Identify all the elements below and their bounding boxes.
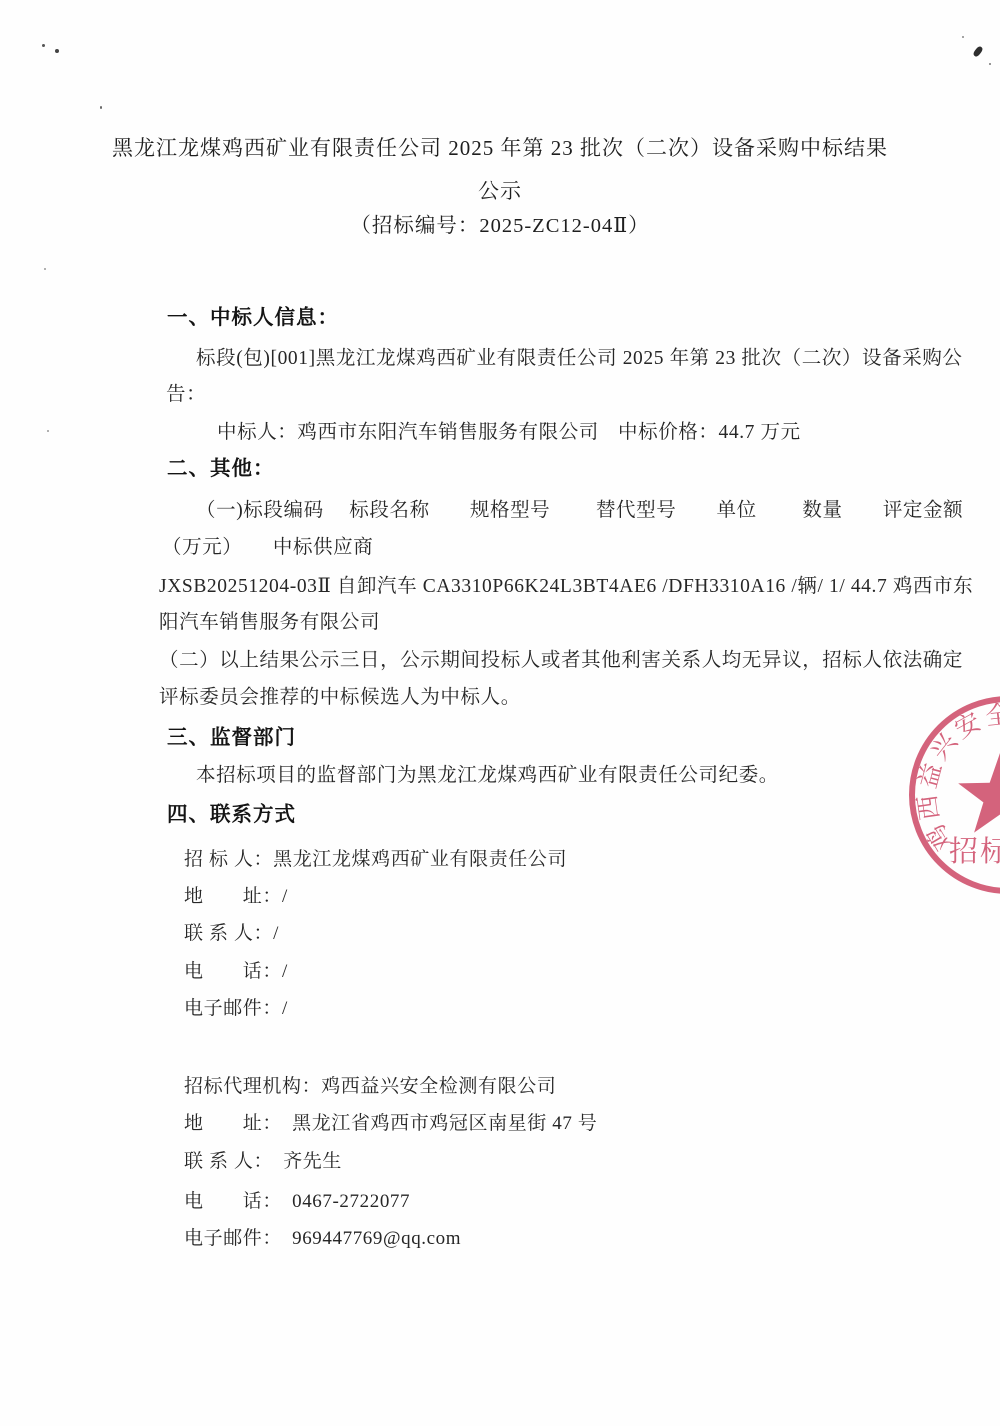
agency-email-line: 电子邮件： 969447769@qq.com: [184, 1227, 461, 1251]
table-header-line-1: （一)标段编码 标段名称 规格型号 替代型号 单位 数量 评定金额: [196, 499, 963, 523]
scan-speckle: [962, 36, 964, 38]
agency-phone-line: 电 话： 0467-2722077: [184, 1190, 410, 1214]
section-2-heading: 二、其他：: [167, 456, 275, 482]
tenderer-email-line: 电子邮件：/: [184, 997, 288, 1021]
tenderer-name-line: 招 标 人：黑龙江龙煤鸡西矿业有限责任公司: [184, 848, 567, 872]
tenderer-contact-line: 联 系 人：/: [184, 922, 279, 946]
scan-speckle: [972, 45, 984, 57]
red-seal-stamp: 鸡西益兴安全检测有限公司 招标专用章: [878, 645, 1000, 965]
doc-title-line-2: 公示: [0, 178, 1000, 204]
agency-contact-line: 联 系 人： 齐先生: [184, 1150, 342, 1174]
document-page: 黑龙江龙煤鸡西矿业有限责任公司 2025 年第 23 批次（二次）设备采购中标结…: [0, 0, 1000, 1426]
section-3-body: 本招标项目的监督部门为黑龙江龙煤鸡西矿业有限责任公司纪委。: [196, 764, 779, 788]
tenderer-address-line: 地 址：/: [184, 885, 288, 909]
section-4-heading: 四、联系方式: [167, 802, 296, 828]
section-1-paragraph-line-2: 告：: [166, 383, 206, 407]
scan-speckle: [44, 268, 46, 270]
seal-bottom-text: 招标专用章: [949, 835, 1000, 868]
winner-name: 中标人：鸡西市东阳汽车销售服务有限公司: [217, 421, 599, 445]
scan-speckle: [47, 430, 49, 432]
agency-name-line: 招标代理机构：鸡西益兴安全检测有限公司: [184, 1075, 556, 1099]
note-line-1: （二）以上结果公示三日，公示期间投标人或者其他利害关系人均无异议，招标人依法确定: [159, 649, 963, 673]
agency-address-line: 地 址： 黑龙江省鸡西市鸡冠区南星街 47 号: [184, 1112, 597, 1136]
scan-speckle: [42, 44, 45, 47]
table-row-line-1: JXSB20251204-03Ⅱ 自卸汽车 CA3310P66K24L3BT4A…: [159, 575, 973, 599]
table-row-line-2: 阳汽车销售服务有限公司: [159, 611, 380, 635]
note-line-2: 评标委员会推荐的中标候选人为中标人。: [159, 686, 521, 710]
tenderer-phone-line: 电 话：/: [184, 960, 288, 984]
section-1-heading: 一、中标人信息：: [167, 305, 339, 331]
table-header-line-2: （万元） 中标供应商: [162, 536, 373, 560]
scan-speckle: [100, 106, 102, 109]
section-3-heading: 三、监督部门: [167, 725, 296, 751]
winning-price: 中标价格：44.7 万元: [618, 421, 801, 445]
tender-number: （招标编号：2025-ZC12-04Ⅱ）: [0, 214, 1000, 240]
section-1-paragraph-line-1: 标段(包)[001]黑龙江龙煤鸡西矿业有限责任公司 2025 年第 23 批次（…: [196, 347, 963, 371]
scan-speckle: [55, 49, 59, 53]
seal-star-icon: [958, 753, 1000, 833]
scan-speckle: [989, 63, 991, 65]
doc-title-line-1: 黑龙江龙煤鸡西矿业有限责任公司 2025 年第 23 批次（二次）设备采购中标结…: [0, 135, 1000, 161]
